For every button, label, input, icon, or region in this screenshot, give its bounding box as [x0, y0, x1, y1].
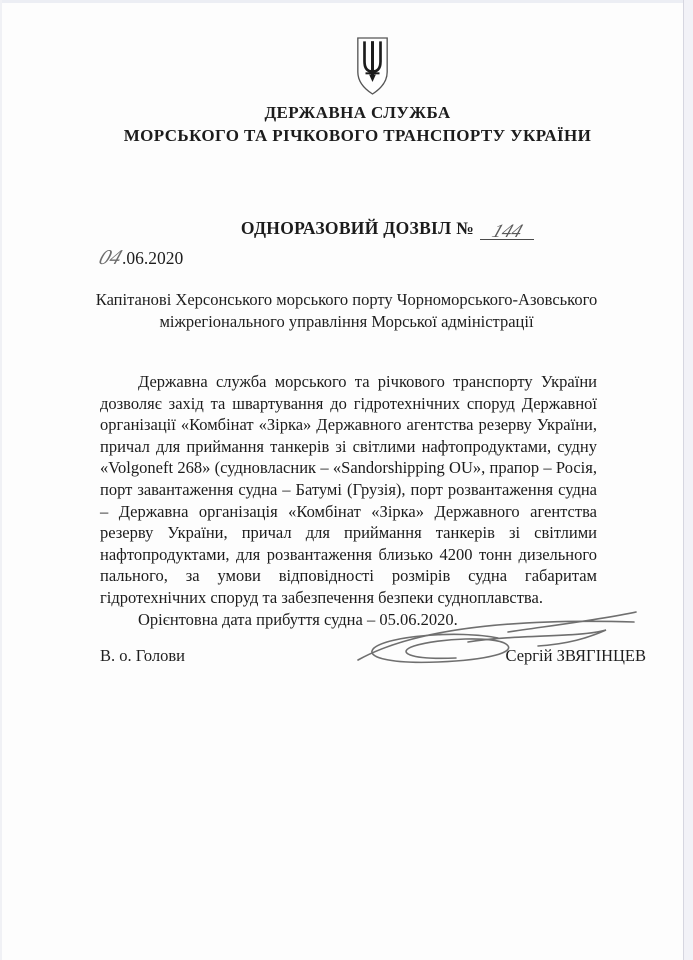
- document-body: Державна служба морського та річкового т…: [100, 371, 597, 630]
- body-paragraph-2: Орієнтовна дата прибуття судна – 05.06.2…: [100, 609, 597, 631]
- permit-number-handwritten: 144: [489, 222, 524, 241]
- document-date: 04.06.2020: [100, 247, 183, 269]
- date-day-handwritten: 04: [96, 247, 125, 268]
- agency-name-line1: ДЕРЖАВНА СЛУЖБА: [22, 101, 693, 124]
- addressee-block: Капітанові Херсонського морського порту …: [86, 289, 607, 332]
- ukraine-trident-emblem: [352, 36, 393, 96]
- body-paragraph-1: Державна служба морського та річкового т…: [100, 371, 597, 609]
- agency-name-line2: МОРСЬКОГО ТА РІЧКОВОГО ТРАНСПОРТУ УКРАЇН…: [22, 124, 693, 147]
- signer-position-label: В. о. Голови: [100, 646, 185, 666]
- document-title: ОДНОРАЗОВИЙ ДОЗВІЛ №: [241, 218, 474, 238]
- signer-name: Сергій ЗВЯГІНЦЕВ: [506, 646, 647, 666]
- agency-header: ДЕРЖАВНА СЛУЖБА МОРСЬКОГО ТА РІЧКОВОГО Т…: [0, 101, 693, 147]
- document-title-row: ОДНОРАЗОВИЙ ДОЗВІЛ №144: [0, 218, 693, 240]
- photo-edge-top: [0, 0, 693, 3]
- scanned-document-page: ДЕРЖАВНА СЛУЖБА МОРСЬКОГО ТА РІЧКОВОГО Т…: [0, 0, 693, 960]
- permit-number-blank: 144: [480, 219, 534, 240]
- date-printed: .06.2020: [122, 248, 183, 268]
